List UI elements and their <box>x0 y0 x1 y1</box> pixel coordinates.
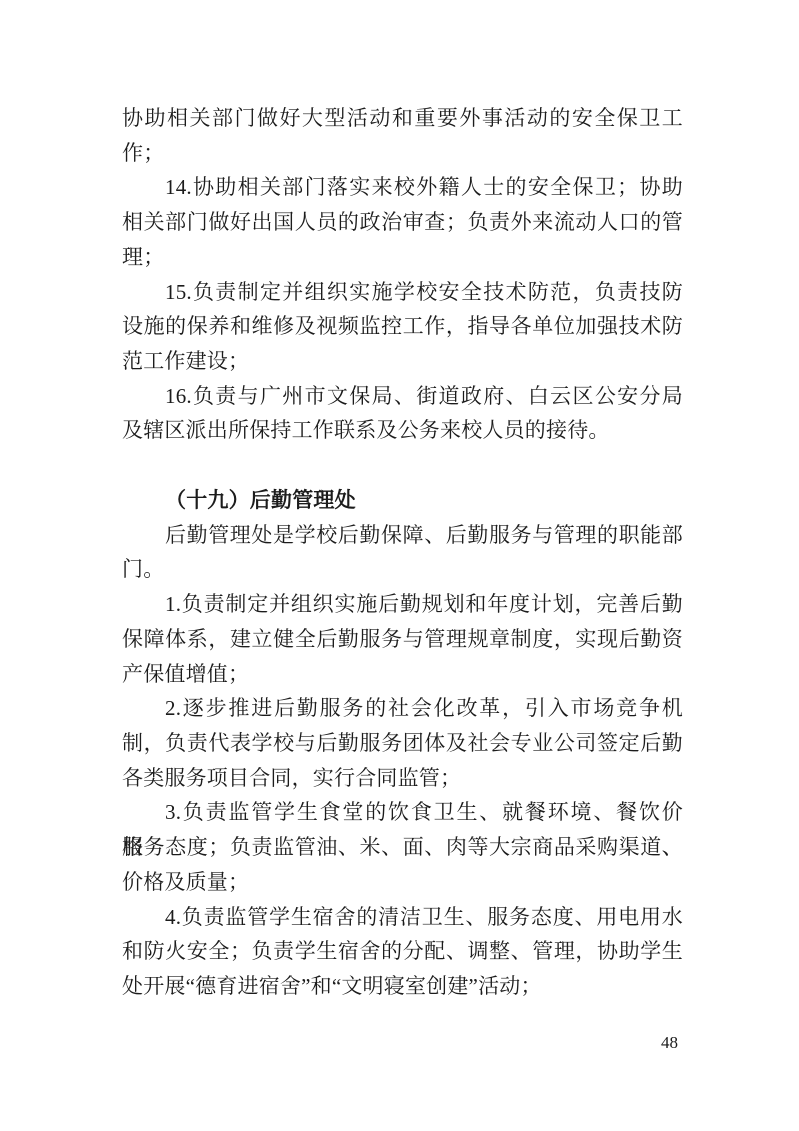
text-line: 3.负责监管学生食堂的饮食卫生、就餐环境、餐饮价格、 <box>122 795 683 830</box>
section-heading: （十九）后勤管理处 <box>122 483 683 518</box>
text-line: 1.负责制定并组织实施后勤规划和年度计划，完善后勤 <box>122 587 683 622</box>
text-line: 价格及质量； <box>122 865 683 900</box>
text-line: 各类服务项目合同，实行合同监管； <box>122 761 683 796</box>
text-block: 协助相关部门做好大型活动和重要外事活动的安全保卫工 作； 14.协助相关部门落实… <box>122 101 683 1004</box>
text-line: 保障体系，建立健全后勤服务与管理规章制度，实现后勤资 <box>122 622 683 657</box>
blank-line <box>122 448 683 483</box>
text-line: 16.负责与广州市文保局、街道政府、白云区公安分局 <box>122 379 683 414</box>
text-line: 设施的保养和维修及视频监控工作，指导各单位加强技术防 <box>122 309 683 344</box>
text-line: 4.负责监管学生宿舍的清洁卫生、服务态度、用电用水 <box>122 900 683 935</box>
text-line: 作； <box>122 136 683 171</box>
text-line: 14.协助相关部门落实来校外籍人士的安全保卫；协助 <box>122 170 683 205</box>
document-page: 协助相关部门做好大型活动和重要外事活动的安全保卫工 作； 14.协助相关部门落实… <box>0 0 799 1131</box>
text-line: 产保值增值； <box>122 657 683 692</box>
text-line: 相关部门做好出国人员的政治审查；负责外来流动人口的管 <box>122 205 683 240</box>
text-line: 和防火安全；负责学生宿舍的分配、调整、管理，协助学生 <box>122 934 683 969</box>
page-number: 48 <box>661 1034 685 1051</box>
text-line: 2.逐步推进后勤服务的社会化改革，引入市场竞争机 <box>122 691 683 726</box>
text-line: 制，负责代表学校与后勤服务团体及社会专业公司签定后勤 <box>122 726 683 761</box>
text-line: 处开展“德育进宿舍”和“文明寝室创建”活动； <box>122 969 683 1004</box>
text-line: 理； <box>122 240 683 275</box>
text-line: 服务态度；负责监管油、米、面、肉等大宗商品采购渠道、 <box>122 830 683 865</box>
text-line: 15.负责制定并组织实施学校安全技术防范，负责技防 <box>122 275 683 310</box>
text-line: 后勤管理处是学校后勤保障、后勤服务与管理的职能部 <box>122 518 683 553</box>
text-line: 及辖区派出所保持工作联系及公务来校人员的接待。 <box>122 413 683 448</box>
text-line: 协助相关部门做好大型活动和重要外事活动的安全保卫工 <box>122 101 683 136</box>
text-line: 门。 <box>122 552 683 587</box>
text-line: 范工作建设； <box>122 344 683 379</box>
